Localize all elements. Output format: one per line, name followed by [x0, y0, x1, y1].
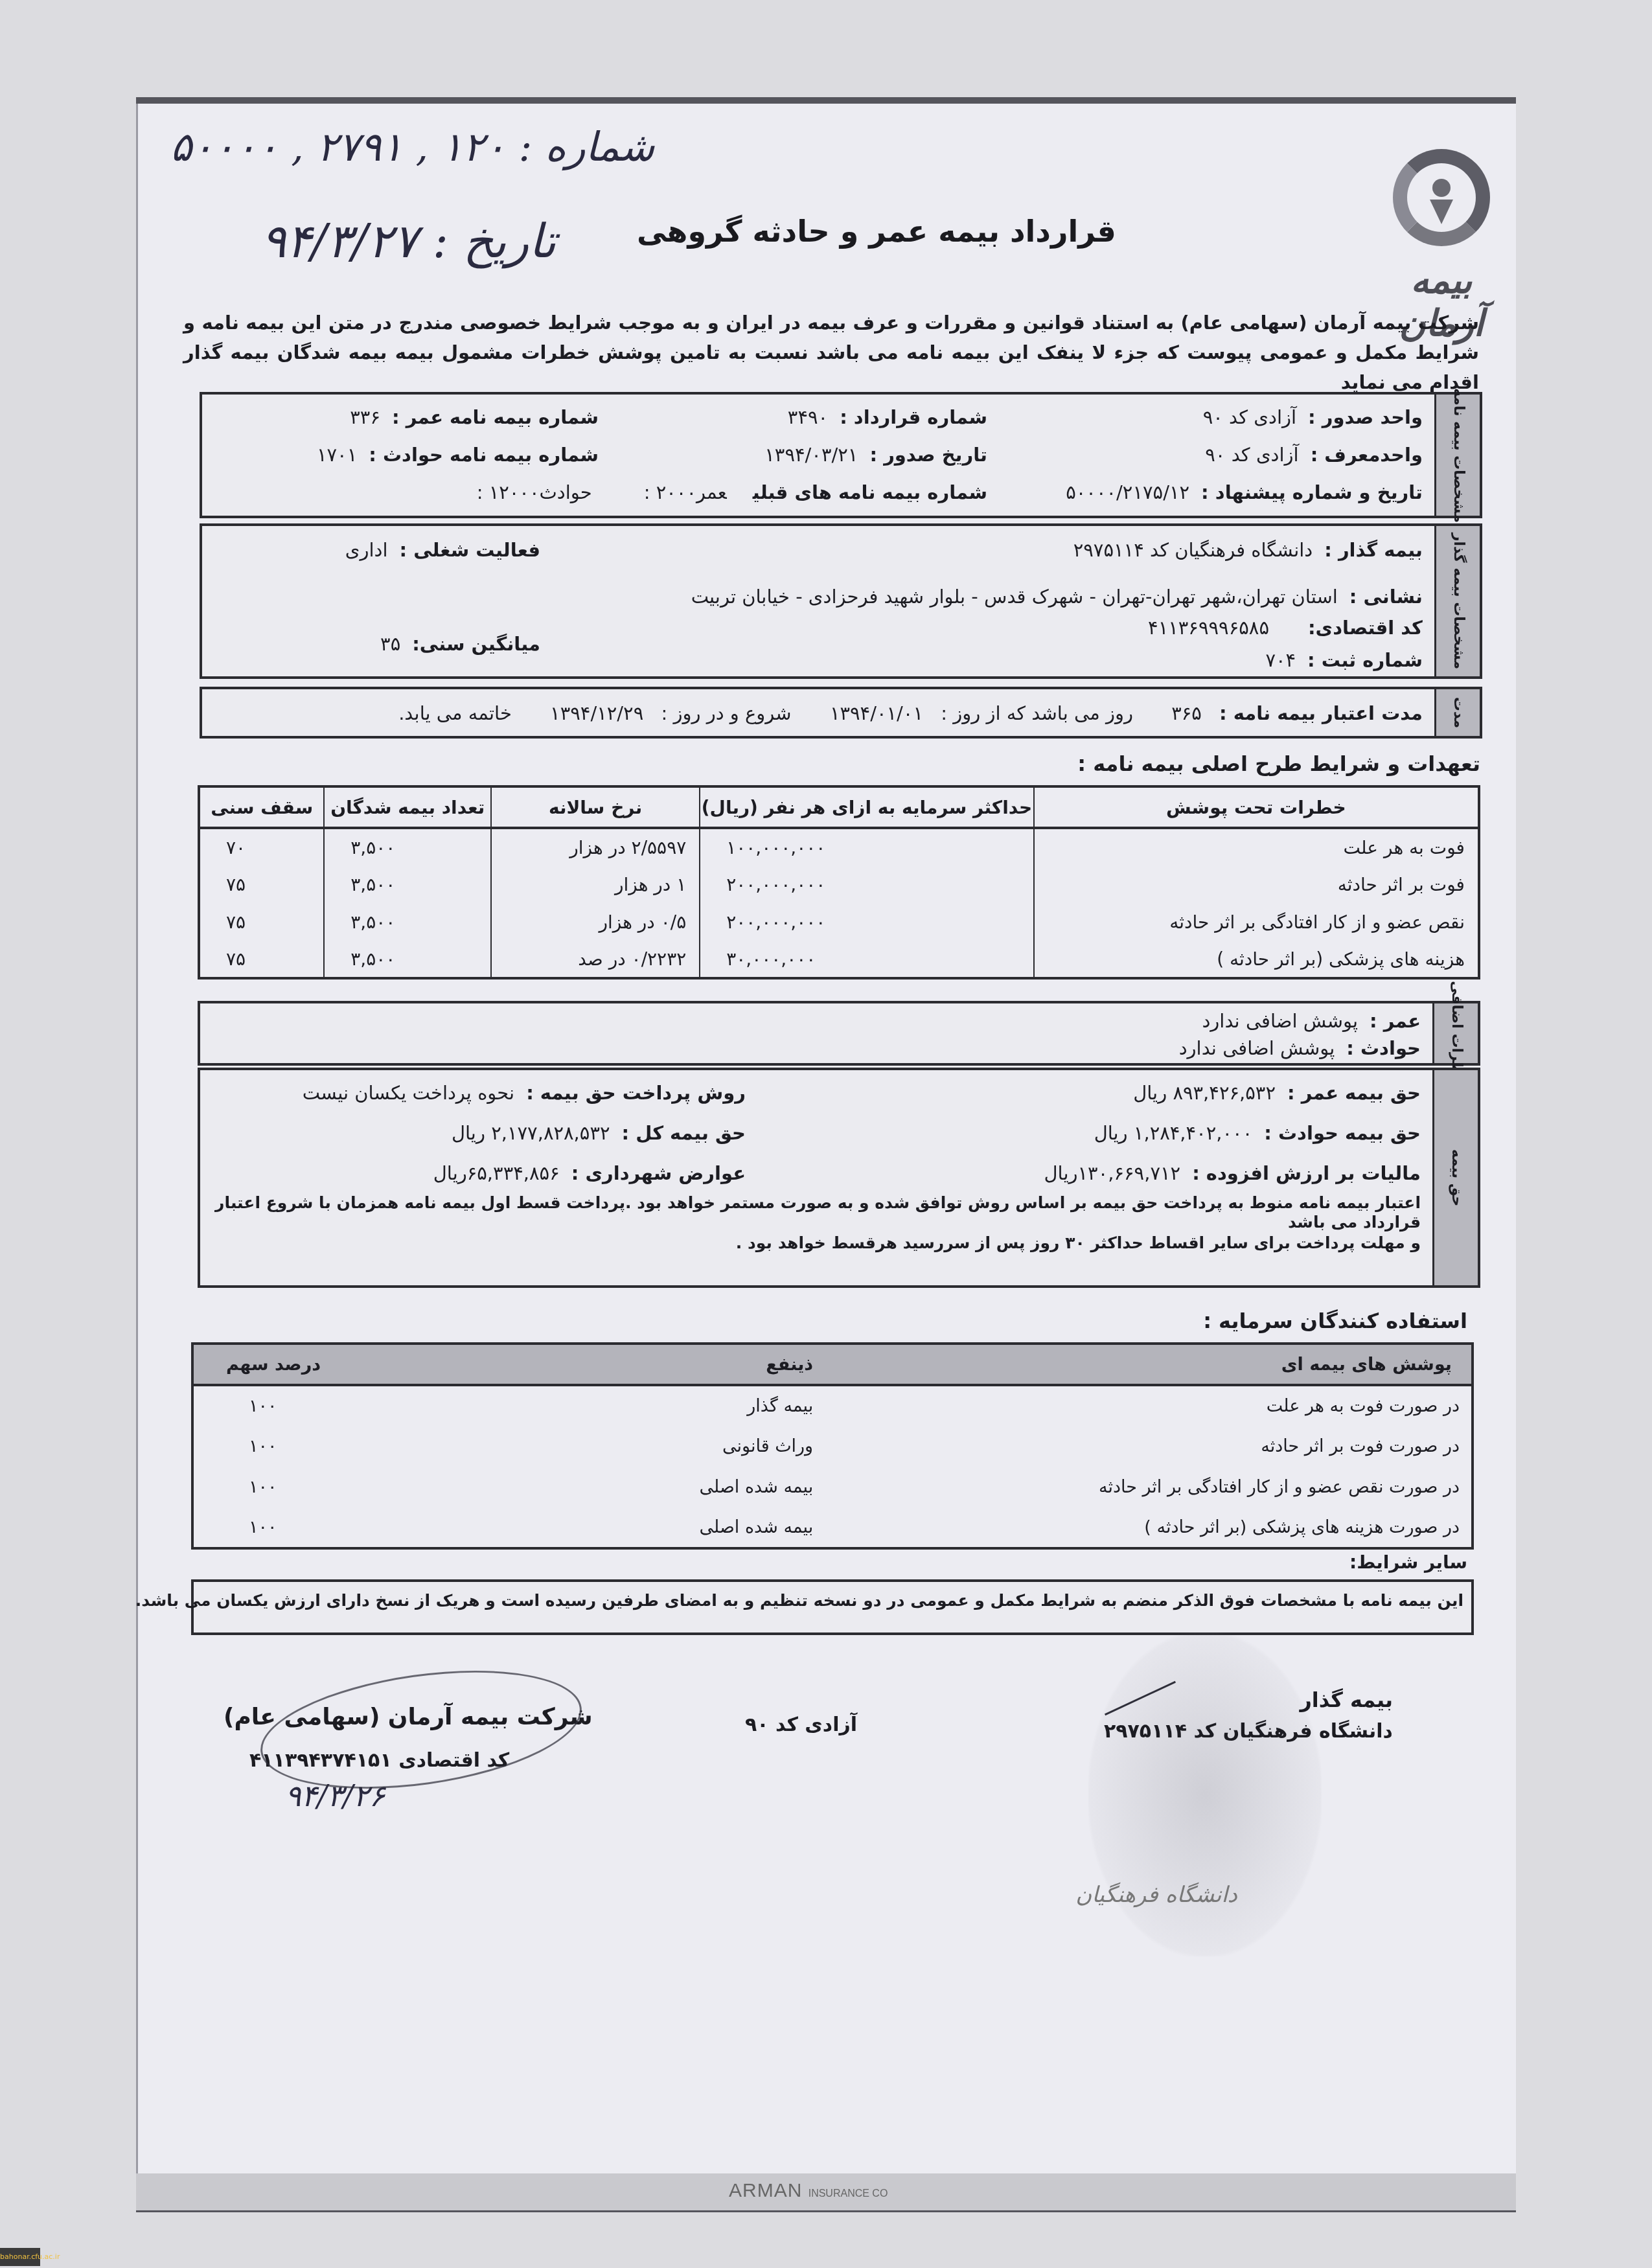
col-header: حداکثر سرمایه به ازای هر نفر (ریال) — [700, 786, 1033, 828]
issuing-unit-field: واحد صدور :آزادی کد ۹۰ — [1203, 406, 1423, 428]
table-row: در صورت فوت بر اثر حادثهوراث قانونی۱۰۰ — [192, 1426, 1473, 1467]
accident-premium-field: حق بیمه حوادث :۱,۲۸۴,۴۰۲,۰۰۰ ریال — [1094, 1122, 1421, 1144]
logo-ring-icon — [1393, 149, 1490, 246]
referring-unit-field: واحدمعرف :آزادی کد ۹۰ — [1205, 444, 1423, 466]
economic-code-field: کد اقتصادی:۴۱۱۳۶۹۹۹۶۵۸۵ — [1148, 617, 1423, 639]
coverage-title: تعهدات و شرایط طرح اصلی بیمه نامه : — [1077, 751, 1480, 776]
payment-note: اعتبار بیمه نامه منوط به پرداخت حق بیمه … — [203, 1193, 1421, 1232]
proposal-field: تاریخ و شماره پیشنهاد :۵۰۰۰۰/۲۱۷۵/۱۲ — [1066, 481, 1423, 503]
section-side-label: مشخصات بیمه گذار — [1450, 533, 1466, 669]
section-side-label: مشخصات بیمه نامه — [1450, 387, 1466, 522]
intro-paragraph: شرکت بیمه آرمان (سهامی عام) به استناد قو… — [183, 308, 1479, 397]
beneficiaries-table: پوشش های بیمه ای ذینفع درصد سهم در صورت … — [191, 1342, 1474, 1550]
page-title: قرارداد بیمه عمر و حادثه گروهی — [611, 214, 1142, 249]
policyholder-sign-name: دانشگاه فرهنگیان کد ۲۹۷۵۱۱۴ — [1104, 1720, 1393, 1743]
municipal-tax-field: عوارض شهرداری :۶۵,۳۳۴,۸۵۶ریال — [433, 1162, 746, 1184]
occupation-field: فعالیت شغلی :اداری — [345, 539, 540, 561]
payment-method-field: روش پرداخت حق بیمه :نحوه پرداخت یکسان نی… — [303, 1082, 746, 1104]
vat-field: مالیات بر ارزش افزوده :۱۳۰,۶۶۹,۷۱۲ریال — [1044, 1162, 1421, 1184]
life-premium-field: حق بیمه عمر :۸۹۳,۴۲۶,۵۳۲ ریال — [1133, 1082, 1421, 1104]
section-side-label: حق بیمه — [1448, 1149, 1464, 1207]
other-terms-text: این بیمه نامه با مشخصات فوق الذکر منضم ب… — [135, 1591, 1463, 1610]
table-row: در صورت هزینه های پزشکی (بر اثر حادثه )ب… — [192, 1507, 1473, 1548]
footer-band: ARMAN INSURANCE CO — [136, 2173, 1516, 2212]
life-policy-number-field: شماره بیمه نامه عمر :۳۳۶ — [350, 406, 599, 428]
average-age-field: میانگین سنی:۳۵ — [380, 633, 540, 655]
table-row: فوت بر اثر حادثه۲۰۰,۰۰۰,۰۰۰۱ در هزار۳,۵۰… — [199, 865, 1479, 903]
university-stamp — [1088, 1632, 1322, 1956]
source-watermark: bahonar.cfu.ac.ir — [0, 2248, 40, 2266]
handwritten-date: تاریخ : ۹۴/۳/۲۷ — [261, 214, 556, 268]
footer-brand: ARMAN INSURANCE CO — [729, 2180, 888, 2202]
logo-person-body-icon — [1430, 200, 1453, 224]
policyholder-field: بیمه گذار :دانشگاه فرهنگیان کد ۲۹۷۵۱۱۴ — [1073, 539, 1423, 561]
col-header: ذینفع — [425, 1344, 839, 1385]
policy-details-section: مشخصات بیمه نامه واحد صدور :آزادی کد ۹۰ … — [200, 392, 1482, 518]
contract-number-field: شماره قرارداد :۳۴۹۰ — [788, 406, 987, 428]
other-terms-box: این بیمه نامه با مشخصات فوق الذکر منضم ب… — [191, 1579, 1474, 1635]
handwritten-number: شماره : ۱۲۰ , ۲۷۹۱ , ۵۰۰۰۰ — [170, 123, 654, 170]
beneficiaries-title: استفاده کنندگان سرمایه : — [1203, 1309, 1467, 1333]
table-row: هزینه های پزشکی (بر اثر حادثه )۳۰,۰۰۰,۰۰… — [199, 941, 1479, 978]
validity-field: مدت اعتبار بیمه نامه : ۳۶۵ روز می باشد ک… — [398, 702, 1423, 724]
col-header: پوشش های بیمه ای — [839, 1344, 1473, 1385]
section-side-label: مدت — [1450, 697, 1466, 728]
previous-policies-field: شماره بیمه نامه های قبلیعمر۲۰۰۰ :حوادث۱۲… — [477, 481, 987, 503]
arman-logo: بیمه آرمان — [1383, 136, 1500, 317]
table-row: فوت به هر علت۱۰۰,۰۰۰,۰۰۰۲/۵۵۹۷ در هزار۳,… — [199, 828, 1479, 865]
col-header: خطرات تحت پوشش — [1034, 786, 1479, 828]
table-row: نقص عضو و از کار افتادگی بر اثر حادثه۲۰۰… — [199, 903, 1479, 941]
additional-life-field: عمر :پوشش اضافی ندارد — [1202, 1010, 1421, 1032]
additional-risks-section: خطرات اضافی عمر :پوشش اضافی ندارد حوادث … — [198, 1001, 1480, 1066]
stamp-text: دانشگاه فرهنگیان — [1075, 1882, 1237, 1908]
policyholder-sign-label: بیمه گذار — [1300, 1688, 1393, 1712]
col-header: درصد سهم — [192, 1344, 425, 1385]
logo-person-head-icon — [1432, 179, 1451, 197]
branch-label: آزادی کد ۹۰ — [745, 1713, 857, 1736]
table-row: در صورت نقص عضو و از کار افتادگی بر اثر … — [192, 1467, 1473, 1507]
col-header: نرخ سالانه — [491, 786, 700, 828]
col-header: سقف سنی — [199, 786, 324, 828]
premium-section: حق بیمه حق بیمه عمر :۸۹۳,۴۲۶,۵۳۲ ریال حق… — [198, 1068, 1480, 1288]
policyholder-section: مشخصات بیمه گذار بیمه گذار :دانشگاه فرهن… — [200, 523, 1482, 679]
coverage-table: خطرات تحت پوشش حداکثر سرمایه به ازای هر … — [198, 785, 1480, 979]
registration-number-field: شماره ثبت :۷۰۴ — [1265, 649, 1423, 671]
address-field: نشانی :استان تهران،شهر تهران-تهران - شهر… — [691, 586, 1423, 608]
installment-note: و مهلت پرداخت برای سایر اقساط حداکثر ۳۰ … — [203, 1233, 1421, 1252]
total-premium-field: حق بیمه کل :۲,۱۷۷,۸۲۸,۵۳۲ ریال — [452, 1122, 746, 1144]
validity-section: مدت مدت اعتبار بیمه نامه : ۳۶۵ روز می با… — [200, 687, 1482, 739]
other-terms-title: سایر شرایط: — [1349, 1552, 1467, 1573]
col-header: تعداد بیمه شدگان — [324, 786, 491, 828]
additional-accident-field: حوادث :پوشش اضافی ندارد — [1179, 1037, 1421, 1059]
accident-policy-number-field: شماره بیمه نامه حوادث :۱۷۰۱ — [317, 444, 599, 466]
table-row: در صورت فوت به هر علتبیمه گذار۱۰۰ — [192, 1385, 1473, 1426]
issue-date-field: تاریخ صدور :۱۳۹۴/۰۳/۲۱ — [764, 444, 987, 466]
